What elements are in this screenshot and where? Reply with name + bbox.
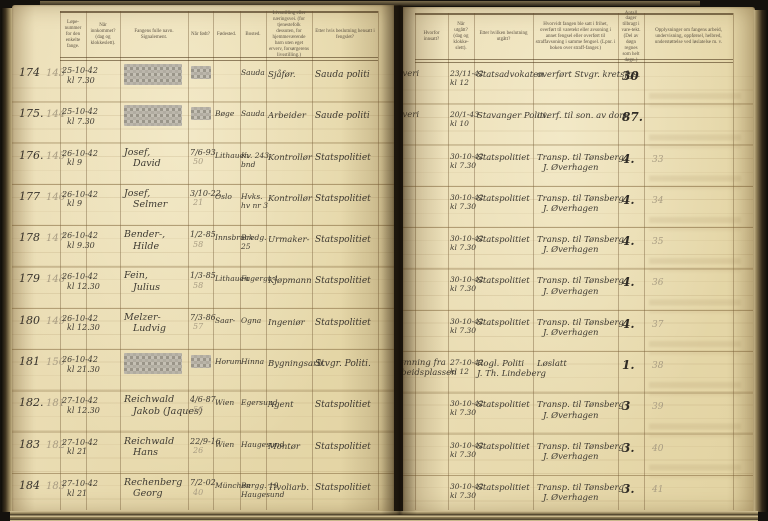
cell-lopenummer-pencil: 150 [46, 357, 65, 369]
cell-nummer-pencil: 37 [652, 320, 663, 331]
ledger-row: 183 182 27-10-42 kl 21 Reichwald Hans 22… [12, 433, 394, 474]
cell-nummer-pencil: 34 [652, 196, 663, 207]
cell-livsstilling: Ingeniør [268, 318, 305, 328]
cell-hvorvidt-frihet: Transp. til Tønsberg J. Øverhagen [537, 235, 624, 255]
etternavn: Reichwald [124, 436, 174, 447]
header-livsstilling: Livsstilling eller næringsvei. (for tjen… [266, 13, 312, 57]
ledger-row: Tyveri 23/11-42 kl 12 Statsadvokaten ove… [403, 63, 755, 104]
cell-nar-utgatt: 20/1-43 kl 10 [450, 110, 479, 128]
cell-bosted: Fagergt 4 [241, 274, 278, 283]
cell-navn: Fein, Julius [124, 270, 160, 293]
cell-lopenummer: 184 [19, 479, 40, 492]
cell-fodt: 1/3-85 58 [190, 271, 216, 290]
frihet-linje2: J. Øverhagen [543, 245, 624, 255]
frihet-linje2: J. Øverhagen [543, 287, 624, 297]
cell-lopenummer: 177 [19, 190, 40, 203]
cell-bosted: Ogna [241, 316, 261, 325]
cell-fodested: Oslo [215, 192, 232, 201]
ledger-row: 184 183 27-10-42 kl 21 Rechenberg Georg … [12, 474, 394, 513]
cell-bosted: Sauda [241, 109, 265, 118]
table-top-rule [415, 13, 733, 15]
utgatt-dato: 27-10-42 [450, 358, 484, 367]
alder-pencil: 58 [193, 281, 216, 291]
header-rule [415, 59, 733, 60]
header-hvorfor-innsatt: Hvorfor innsatt? [415, 15, 448, 59]
utgatt-dato: 30-10-42 [450, 399, 484, 408]
column-rule [240, 11, 241, 510]
header-beslutning: Etter hvis beslutning hensatt i fengslet… [312, 13, 378, 57]
innkommet-klokkeslett: kl 21 [67, 489, 98, 499]
innkommet-dato: 27-10-42 [62, 438, 98, 448]
utgatt-dato: 30-10-42 [450, 234, 484, 243]
cell-lopenummer-pencil: 147 [46, 233, 65, 245]
cell-nar-utgatt: 30-10-42 kl 7.30 [450, 275, 484, 293]
frihet-linje2: J. Øverhagen [543, 452, 624, 462]
cell-lopenummer: 179 [19, 272, 40, 285]
beslutning-linje1: Statspolitiet [477, 235, 530, 245]
cell-fodt: 4/6-87 56 [190, 395, 216, 414]
innkommet-klokkeslett: kl 21 [67, 447, 98, 457]
column-rule [378, 11, 379, 510]
ledger-row: 178 147 26-10-42 kl 9.30 Bender-, Hilde … [12, 226, 394, 267]
column-rule [188, 11, 189, 510]
cell-bosted: Sauda [241, 68, 265, 77]
innkommet-klokkeslett: kl 12.30 [67, 323, 100, 333]
ledger-book-scene: Løpe-nummer for den enkelte fange. Når i… [0, 0, 768, 521]
redaction-blur-birthdate [191, 66, 211, 79]
fodselsdato: 3/10-22 [190, 189, 221, 199]
cell-nar-utgatt: 30-10-42 kl 7.30 [450, 234, 484, 252]
cell-bosted: Hvks. hv nr 3 [241, 192, 268, 210]
bosted-linje1: Bergg. 19 [241, 481, 284, 490]
cell-beslutning: Statspolitiet [315, 318, 371, 329]
cell-lopenummer-pencil: 183 [46, 481, 65, 493]
frihet-linje1: Transp. til Tønsberg [537, 318, 624, 328]
bosted-linje2: Haugesund [241, 490, 284, 499]
cell-antall-dager: 4. [622, 234, 635, 248]
utgatt-dato: 20/1-43 [450, 110, 479, 119]
beslutning-linje1: Statspolitiet [477, 318, 530, 328]
fodselsdato: 7/2-02 [190, 478, 216, 488]
fornavn: Georg [133, 488, 182, 499]
utgatt-dato: 30-10-42 [450, 193, 484, 202]
cell-bosted: Egersund [241, 398, 278, 407]
cell-beslutning-utgatt: Statspolitiet [477, 483, 530, 493]
ledger-row: 30-10-42 kl 7.30 Statspolitiet Transp. t… [403, 269, 755, 310]
innkommet-klokkeslett: kl 9 [67, 158, 98, 168]
cell-navn: Josef, David [124, 147, 161, 170]
column-rule [86, 11, 87, 510]
beslutning-linje2: J. Th. Lindeberg [477, 369, 546, 379]
page-stack-right-edge [753, 10, 768, 512]
cell-innkommet: 27-10-42 kl 21 [62, 479, 98, 498]
utgatt-klokkeslett: kl 12 [450, 78, 484, 87]
ledger-row: 180 149 26-10-42 kl 12.30 Melzer- Ludvig… [12, 309, 394, 350]
ledger-row: 30-10-42 kl 7.30 Statspolitiet Transp. t… [403, 393, 755, 434]
header-innkommet: Når innkommet? (dag og klokkeslett). [86, 13, 120, 57]
column-rule [312, 11, 313, 510]
bosted-linje1: Bredg. [241, 233, 267, 242]
beslutning-linje1: Statspolitiet [477, 153, 530, 163]
frihet-linje2: J. Øverhagen [543, 328, 624, 338]
utgatt-dato: 23/11-42 [450, 69, 484, 78]
cell-navn: Rechenberg Georg [124, 477, 182, 500]
bosted-linje2: hv nr 3 [241, 201, 268, 210]
alder-pencil: 26 [193, 446, 221, 456]
column-rule [60, 11, 61, 510]
column-rule [120, 11, 121, 510]
cell-beslutning: Stvgr. Politi. [315, 359, 371, 370]
cell-fodt: 3/10-22 21 [190, 189, 221, 208]
book-gutter [381, 5, 417, 515]
cell-nummer-pencil: 36 [652, 278, 663, 289]
cell-livsstilling: Agent [268, 400, 294, 410]
fodselsdato: 4/6-87 [190, 395, 216, 405]
redaction-blur-name [124, 64, 182, 85]
utgatt-dato: 30-10-42 [450, 482, 484, 491]
frihet-linje2: J. Øverhagen [543, 204, 624, 214]
ledger-row: Rømning fra arbeidsplassen 27-10-42 kl 1… [403, 352, 755, 393]
ledger-row: Tyveri 20/1-43 kl 10 Stavanger Politi. o… [403, 104, 755, 145]
alder-pencil: 57 [193, 322, 216, 332]
cell-beslutning: Sauda politi [315, 70, 370, 81]
cell-hvorvidt-frihet: overf. til son. av dom [537, 111, 627, 121]
bosted-linje1: Ogna [241, 316, 261, 325]
cell-hvorvidt-frihet: Transp. til Tønsberg. J. Øverhagen [537, 153, 627, 173]
cell-nummer-pencil: 35 [652, 237, 663, 248]
cell-hvorvidt-frihet: overført Stvgr. kretsfgs. [537, 70, 640, 80]
frihet-linje1: Transp. til Tønsberg [537, 235, 624, 245]
cell-bosted: Kv. 243 bnd [241, 151, 269, 169]
cell-livsstilling: Sjåfør. [268, 70, 296, 80]
column-rule [266, 11, 267, 510]
cell-beslutning: Saude politi [315, 111, 370, 122]
fornavn: Hans [133, 447, 174, 458]
cell-lopenummer-pencil: 144 [46, 109, 65, 121]
innkommet-klokkeslett: kl 7.30 [67, 76, 98, 86]
utgatt-klokkeslett: kl 7.30 [450, 243, 484, 252]
frihet-linje1: Transp. til Tønsberg [537, 483, 624, 493]
utgatt-klokkeslett: kl 10 [450, 119, 479, 128]
cell-fodt: 1/2-85 58 [190, 230, 216, 249]
column-rule [733, 13, 734, 510]
cell-fodested: Wien [215, 398, 234, 407]
cell-nar-utgatt: 30-10-42 kl 7.30 [450, 193, 484, 211]
cell-nummer-pencil: 38 [652, 361, 663, 372]
ledger-row: 176. 145 26-10-42 kl 9 Josef, David 7/6-… [12, 144, 394, 185]
frihet-linje1: Transp. til Tønsberg [537, 400, 624, 410]
cell-antall-dager: 3 [622, 399, 630, 413]
cell-beslutning-utgatt: Statspolitiet [477, 194, 530, 204]
fornavn: Ludvig [133, 323, 166, 334]
fodselsdato: 22/9-16 [190, 437, 221, 447]
bosted-linje1: Haugesund [241, 440, 284, 449]
fornavn: David [133, 158, 161, 169]
cell-antall-dager: 3. [622, 482, 635, 496]
utgatt-klokkeslett: kl 12 [450, 367, 484, 376]
ledger-row: 181 150 26-10-42 kl 21.30 Horum [12, 350, 394, 391]
beslutning-linje1: Rogl. Politi [477, 359, 546, 369]
cell-innkommet: 26-10-42 kl 12.30 [62, 314, 100, 333]
bosted-linje2: 25 [241, 242, 267, 251]
ledger-row: 30-10-42 kl 7.30 Statspolitiet Transp. t… [403, 228, 755, 269]
cell-livsstilling: Kontrollør [268, 153, 312, 163]
cell-livsstilling: Bygningsarb. [268, 359, 325, 369]
header-opplysninger: Opplysninger om fangens arbeid, undervis… [644, 15, 733, 59]
innkommet-klokkeslett: kl 9 [67, 199, 98, 209]
cell-lopenummer: 175. [19, 107, 44, 120]
utgatt-dato: 30-10-42 [450, 317, 484, 326]
cell-beslutning-utgatt: Statspolitiet [477, 276, 530, 286]
frihet-linje2: J. Øverhagen [543, 493, 624, 503]
innkommet-dato: 25-10-42 [62, 66, 98, 76]
innkommet-dato: 25-10-42 [62, 107, 98, 117]
utgatt-klokkeslett: kl 7.30 [450, 284, 484, 293]
cell-bosted: Bredg. 25 [241, 233, 267, 251]
cell-beslutning-utgatt: Statsadvokaten [477, 70, 544, 80]
innkommet-dato: 26-10-42 [62, 314, 100, 324]
cell-lopenummer-pencil: 143 [46, 68, 65, 80]
beslutning-linje1: Statspolitiet [477, 194, 530, 204]
utgatt-dato: 30-10-42 [450, 275, 484, 284]
cell-lopenummer: 181 [19, 355, 40, 368]
fornavn: Julius [133, 282, 160, 293]
fornavn: Hilde [133, 241, 165, 252]
cell-nummer-pencil: 40 [652, 444, 663, 455]
cell-nar-utgatt: 30-10-42 kl 7.30 [450, 152, 484, 170]
cell-livsstilling: Kjøpmann [268, 276, 312, 286]
cell-nar-utgatt: 30-10-42 kl 7.30 [450, 399, 484, 417]
fodselsdato: 1/3-85 [190, 271, 216, 281]
cell-livsstilling: Arbeider [268, 111, 306, 121]
cell-navn: Reichwald Hans [124, 436, 174, 459]
header-fodested: Fødested. [213, 13, 240, 57]
innkommet-dato: 26-10-42 [62, 149, 98, 159]
frihet-linje1: Transp. til Tønsberg [537, 276, 624, 286]
left-page-rows: 174 143 25-10-42 kl 7.30 [12, 61, 394, 513]
cell-hvorvidt-frihet: Transp. til Tønsberg J. Øverhagen [537, 483, 624, 503]
header-fodt: Når født? [188, 13, 213, 57]
cell-lopenummer-pencil: 149 [46, 316, 65, 328]
cell-beslutning: Statspolitiet [315, 442, 371, 453]
table-top-rule [60, 11, 378, 13]
cell-bosted: Haugesund [241, 440, 284, 449]
utgatt-dato: 30-10-42 [450, 441, 484, 450]
frihet-linje1: Transp. til Tønsberg [537, 194, 624, 204]
cell-lopenummer-pencil: 182 [46, 440, 65, 452]
redaction-blur-name [124, 353, 182, 374]
beslutning-linje1: Statspolitiet [477, 442, 530, 452]
utgatt-klokkeslett: kl 7.30 [450, 326, 484, 335]
fornavn: Jakob (Jaques) [133, 406, 203, 417]
cell-hvorvidt-frihet: Transp. til Tønsberg J. Øverhagen [537, 442, 624, 462]
cell-nar-utgatt: 27-10-42 kl 12 [450, 358, 484, 376]
bosted-linje1: Hinna [241, 357, 264, 366]
cell-lopenummer: 182. [19, 396, 44, 409]
utgatt-klokkeslett: kl 7.30 [450, 491, 484, 500]
innkommet-dato: 27-10-42 [62, 479, 98, 489]
innkommet-dato: 26-10-42 [62, 231, 98, 241]
cell-innkommet: 27-10-42 kl 12.30 [62, 396, 100, 415]
utgatt-klokkeslett: kl 7.30 [450, 408, 484, 417]
cell-beslutning-utgatt: Stavanger Politi. [477, 111, 549, 121]
beslutning-linje1: Stavanger Politi. [477, 111, 549, 121]
redaction-blur-birthdate [191, 107, 211, 120]
etternavn: Josef, [124, 188, 167, 199]
cell-fodt: 7/3-86 57 [190, 313, 216, 332]
alder-pencil: 50 [193, 157, 216, 167]
bosted-linje1: Sauda [241, 68, 265, 77]
cell-navn: Melzer- Ludvig [124, 312, 166, 335]
redaction-blur-name [124, 105, 182, 126]
cell-navn: Reichwald Jakob (Jaques) [124, 394, 203, 417]
innkommet-klokkeslett: kl 7.30 [67, 117, 98, 127]
beslutning-linje1: Statspolitiet [477, 483, 530, 493]
cell-innkommet: 26-10-42 kl 21.30 [62, 355, 100, 374]
cell-nar-utgatt: 30-10-42 kl 7.30 [450, 482, 484, 500]
right-page-rows: Tyveri 23/11-42 kl 12 Statsadvokaten ove… [403, 63, 755, 515]
cell-lopenummer: 178 [19, 231, 40, 244]
cell-beslutning: Statspolitiet [315, 194, 371, 205]
ledger-row: 30-10-42 kl 7.30 Statspolitiet Transp. t… [403, 435, 755, 476]
cell-fodt: 7/2-02 40 [190, 478, 216, 497]
header-navn: Fangens fulle navn. Signalement. [120, 13, 188, 57]
frihet-linje2: J. Øverhagen [543, 163, 627, 173]
cell-livsstilling: Montør [268, 442, 300, 452]
cell-fodested: Wien [215, 440, 234, 449]
cell-beslutning-utgatt: Statspolitiet [477, 400, 530, 410]
etternavn: Rechenberg [124, 477, 182, 488]
alder-pencil: 21 [193, 198, 221, 208]
ledger-row: 175. 144 25-10-42 kl 7.30 Bøge [12, 102, 394, 143]
cell-nar-utgatt: 23/11-42 kl 12 [450, 69, 484, 87]
alder-pencil: 40 [193, 488, 216, 498]
bosted-linje2: bnd [241, 160, 269, 169]
cell-innkommet: 25-10-42 kl 7.30 [62, 66, 98, 85]
cell-hvorvidt-frihet: Transp. til Tønsberg J. Øverhagen [537, 276, 624, 296]
cell-navn: Bender-, Hilde [124, 229, 165, 252]
innkommet-klokkeslett: kl 9.30 [67, 241, 98, 251]
utgatt-dato: 30-10-42 [450, 152, 484, 161]
bosted-linje1: Kv. 243 [241, 151, 269, 160]
alder-pencil: 56 [193, 405, 216, 415]
cell-innkommet: 26-10-42 kl 9.30 [62, 231, 98, 250]
cell-lopenummer: 174 [19, 66, 40, 79]
ledger-row: 30-10-42 kl 7.30 Statspolitiet Transp. t… [403, 311, 755, 352]
fornavn: Selmer [133, 199, 167, 210]
cell-beslutning-utgatt: Statspolitiet [477, 442, 530, 452]
cell-beslutning-utgatt: Rogl. Politi J. Th. Lindeberg [477, 359, 546, 379]
column-rule [213, 11, 214, 510]
cell-antall-dager: 4. [622, 152, 635, 166]
bosted-linje1: Fagergt 4 [241, 274, 278, 283]
frihet-linje1: Transp. til Tønsberg. [537, 153, 627, 163]
ink-bleed-through [649, 69, 741, 495]
header-rule [415, 62, 733, 63]
cell-navn: Josef, Selmer [124, 188, 167, 211]
cell-fodested: München [215, 481, 251, 490]
cell-beslutning: Statspolitiet [315, 235, 371, 246]
cell-antall-dager: 4. [622, 193, 635, 207]
alder-pencil: 58 [193, 240, 216, 250]
utgatt-klokkeslett: kl 7.30 [450, 450, 484, 459]
cell-hvorvidt-frihet: Transp. til Tønsberg J. Øverhagen [537, 400, 624, 420]
beslutning-linje1: Statsadvokaten [477, 70, 544, 80]
innkommet-klokkeslett: kl 21.30 [67, 365, 100, 375]
cell-lopenummer: 183 [19, 438, 40, 451]
ledger-left-page: Løpe-nummer for den enkelte fange. Når i… [12, 5, 394, 513]
innkommet-klokkeslett: kl 12.30 [67, 282, 100, 292]
cell-fodt: 22/9-16 26 [190, 437, 221, 456]
cell-livsstilling: Tivoliarb. [268, 483, 309, 493]
ledger-row: 30-10-42 kl 7.30 Statspolitiet Transp. t… [403, 476, 755, 515]
header-nar-utgatt: Når utgått? (dag og klokke-slett). [448, 15, 474, 59]
header-beslutning-utgatt: Etter hvilken beslutning utgått? [474, 15, 533, 59]
cell-fodested: Horum [215, 357, 242, 366]
cell-fodested: Lithauen [215, 151, 249, 160]
cell-hvorvidt-frihet: Løslatt [537, 359, 567, 369]
ledger-row: 174 143 25-10-42 kl 7.30 [12, 61, 394, 102]
cell-bosted: Bergg. 19 Haugesund [241, 481, 284, 499]
utgatt-klokkeslett: kl 7.30 [450, 161, 484, 170]
cell-bosted: Hinna [241, 357, 264, 366]
innkommet-dato: 26-10-42 [62, 272, 100, 282]
beslutning-linje1: Statspolitiet [477, 276, 530, 286]
header-lopenummer: Løpe-nummer for den enkelte fange. [60, 13, 86, 57]
cell-beslutning-utgatt: Statspolitiet [477, 235, 530, 245]
ledger-row: 182. 181 27-10-42 kl 12.30 Reichwald Jak… [12, 391, 394, 432]
cell-nar-utgatt: 30-10-42 kl 7.30 [450, 441, 484, 459]
cell-innkommet: 25-10-42 kl 7.30 [62, 107, 98, 126]
cell-lopenummer-pencil: 145 [46, 151, 65, 163]
cell-fodested: Bøge [215, 109, 234, 118]
cell-lopenummer: 180 [19, 314, 40, 327]
cell-livsstilling: Urmaker- [268, 235, 309, 245]
cell-fodt: 7/6-93 50 [190, 148, 216, 167]
cell-hvorvidt-frihet: Transp. til Tønsberg J. Øverhagen [537, 194, 624, 214]
header-rule [60, 57, 378, 58]
cell-lopenummer-pencil: 181 [46, 398, 65, 410]
cell-fodested: Saar- [215, 316, 235, 325]
fodselsdato: 7/3-86 [190, 313, 216, 323]
cell-fodested: Innsbruck [215, 233, 253, 242]
frihet-linje1: Løslatt [537, 359, 567, 369]
cell-antall-dager: 30 [622, 69, 639, 83]
ledger-row: 179 148 26-10-42 kl 12.30 Fein, Julius 1… [12, 267, 394, 308]
header-hvorvidt-frihet: Hvorvidt fangen ble satt i frihet, overf… [533, 15, 618, 59]
redaction-blur-birthdate [191, 355, 211, 368]
header-antall-dager: Antall dager tilbragt i vare-tekt. (Del … [618, 15, 644, 59]
cell-beslutning: Statspolitiet [315, 153, 371, 164]
etternavn: Bender-, [124, 229, 165, 240]
column-rule [644, 13, 645, 510]
cell-nummer-pencil: 33 [652, 155, 663, 166]
innkommet-klokkeslett: kl 12.30 [67, 406, 100, 416]
fodselsdato: 1/2-85 [190, 230, 216, 240]
cell-lopenummer: 176. [19, 149, 44, 162]
ledger-right-page: Hvorfor innsatt? Når utgått? (dag og klo… [403, 7, 755, 513]
cell-antall-dager: 87. [622, 110, 643, 124]
frihet-linje1: overf. til son. av dom [537, 111, 627, 121]
cell-nummer-pencil: 41 [652, 485, 663, 496]
etternavn: Reichwald [124, 394, 203, 405]
cell-hvorvidt-frihet: Transp. til Tønsberg J. Øverhagen [537, 318, 624, 338]
bosted-linje1: Hvks. [241, 192, 268, 201]
column-rule [474, 13, 475, 510]
cell-antall-dager: 3. [622, 441, 635, 455]
bosted-linje1: Sauda [241, 109, 265, 118]
cell-nummer-pencil: 39 [652, 402, 663, 413]
